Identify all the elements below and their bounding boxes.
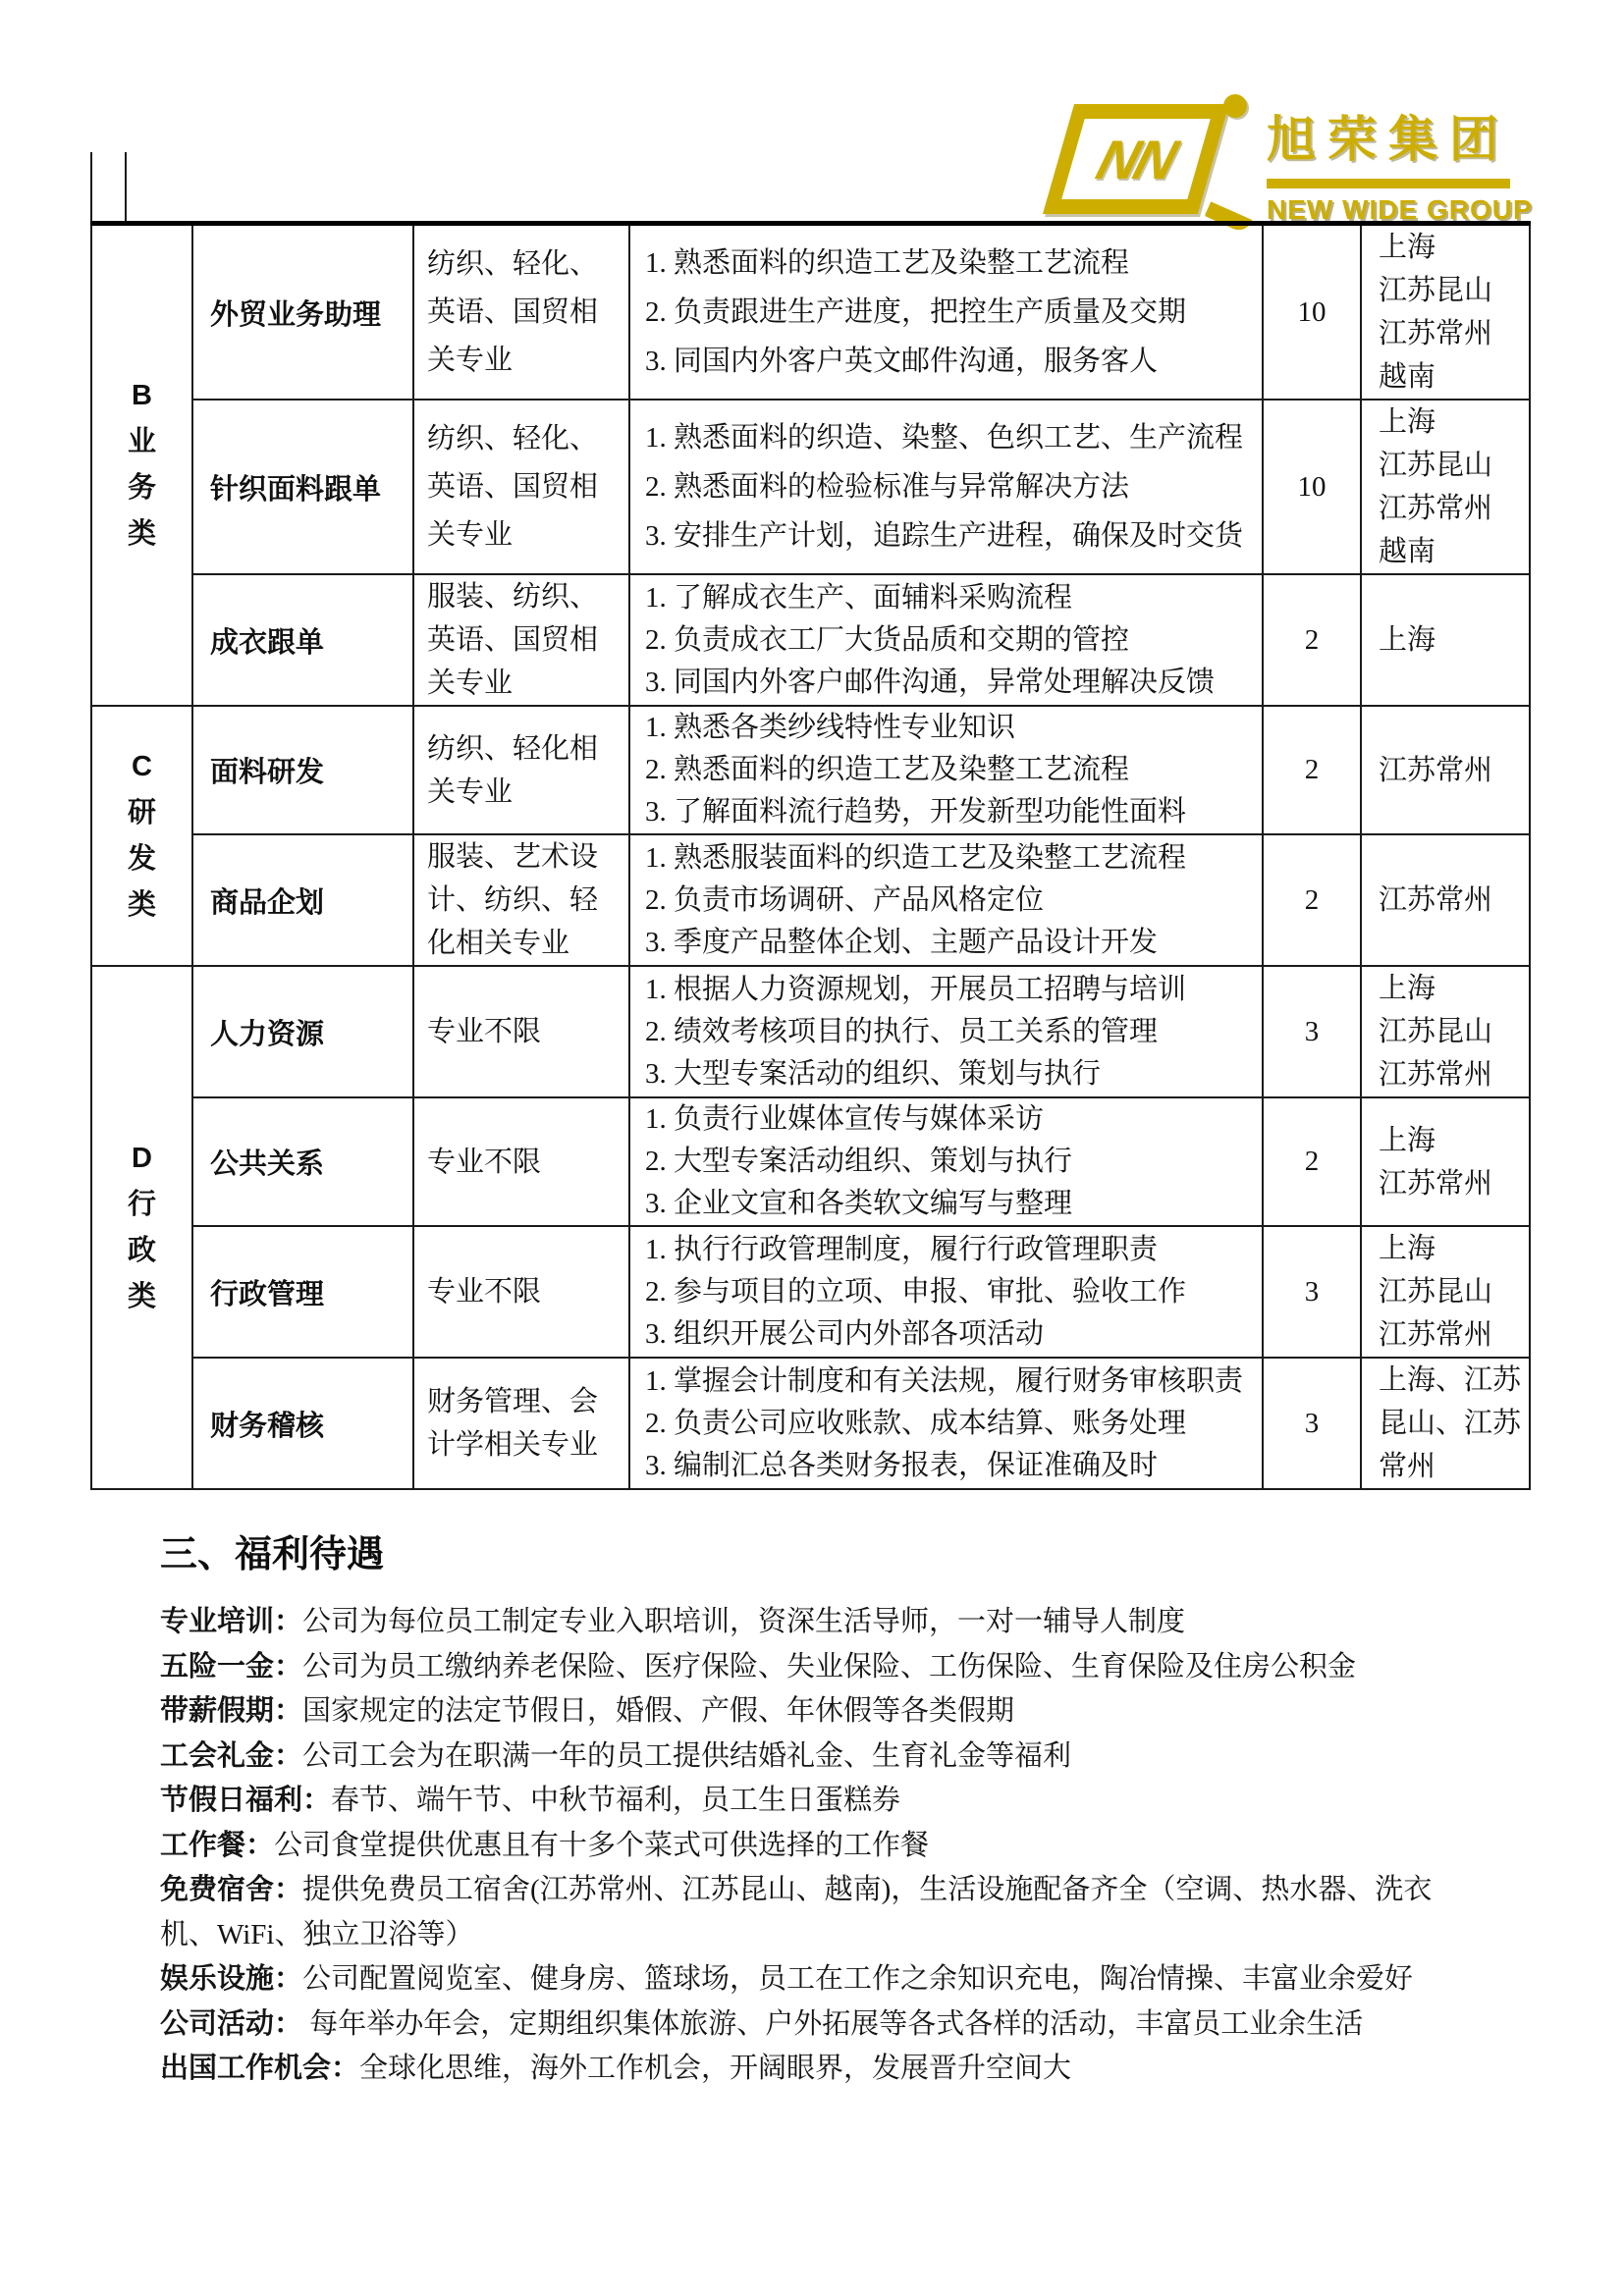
- duties-cell: 1. 熟悉服装面料的织造工艺及染整工艺流程 2. 负责市场调研、产品风格定位 3…: [629, 834, 1263, 966]
- welfare-item-recreation: 娱乐设施：公司配置阅览室、健身房、篮球场，员工在工作之余知识充电，陶冶情操、丰富…: [160, 1957, 1436, 2002]
- location-cell: 上海、江苏 昆山、江苏 常州: [1361, 1358, 1530, 1489]
- welfare-item-insurance: 五险一金：公司为员工缴纳养老保险、医疗保险、失业保险、工伤保险、生育保险及住房公…: [160, 1645, 1436, 1690]
- duty-line: 2. 绩效考核项目的执行、员工关系的管理: [645, 1011, 1262, 1053]
- duty-line: 2. 负责公司应收账款、成本结算、账务处理: [645, 1403, 1262, 1445]
- table-row: B 业 务 类 外贸业务助理 纺织、轻化、 英语、国贸相 关专业 1. 熟悉面料…: [91, 224, 1530, 400]
- jobs-table: B 业 务 类 外贸业务助理 纺织、轻化、 英语、国贸相 关专业 1. 熟悉面料…: [90, 221, 1531, 1490]
- welfare-section-title: 三、福利待遇: [160, 1523, 384, 1577]
- duty-line: 3. 编制汇总各类财务报表，保证准确及时: [645, 1445, 1262, 1487]
- major-cell: 纺织、轻化相 关专业: [413, 706, 629, 834]
- duties-cell: 1. 熟悉各类纱线特性专业知识 2. 熟悉面料的织造工艺及染整工艺流程 3. 了…: [629, 706, 1263, 834]
- duty-line: 1. 熟悉各类纱线特性专业知识: [645, 707, 1262, 749]
- headcount-cell: 10: [1263, 224, 1361, 400]
- position-cell: 行政管理: [192, 1226, 413, 1358]
- major-cell: 纺织、轻化、 英语、国贸相 关专业: [413, 224, 629, 400]
- headcount-cell: 2: [1263, 706, 1361, 834]
- major-cell: 财务管理、会 计学相关专业: [413, 1358, 629, 1489]
- headcount-cell: 2: [1263, 574, 1361, 706]
- welfare-text: 国家规定的法定节假日，婚假、产假、年休假等各类假期: [302, 1695, 1014, 1727]
- duty-line: 3. 季度产品整体企划、主题产品设计开发: [645, 922, 1262, 964]
- duty-line: 3. 大型专案活动的组织、策划与执行: [645, 1053, 1262, 1095]
- position-cell: 商品企划: [192, 834, 413, 966]
- logo-text-block: 旭荣集团 NEW WIDE GROUP: [1267, 100, 1512, 226]
- table-row: D 行 政 类 人力资源 专业不限 1. 根据人力资源规划，开展员工招聘与培训 …: [91, 966, 1530, 1097]
- duty-line: 2. 参与项目的立项、申报、审批、验收工作: [645, 1271, 1262, 1313]
- duty-line: 1. 掌握会计制度和有关法规，履行财务审核职责: [645, 1361, 1262, 1403]
- category-cell-c: C 研 发 类: [91, 706, 192, 966]
- duty-line: 2. 负责跟进生产进度，把控生产质量及交期: [645, 288, 1262, 337]
- location-cell: 上海: [1361, 574, 1530, 706]
- duty-line: 1. 熟悉面料的织造工艺及染整工艺流程: [645, 239, 1262, 288]
- welfare-text: 春节、端午节、中秋节福利，员工生日蛋糕券: [331, 1785, 900, 1816]
- duty-line: 3. 同国内外客户英文邮件沟通，服务客人: [645, 337, 1262, 386]
- position-cell: 成衣跟单: [192, 574, 413, 706]
- welfare-item-training: 专业培训：公司为每位员工制定专业入职培训，资深生活导师，一对一辅导人制度: [160, 1600, 1436, 1645]
- duty-line: 3. 安排生产计划，追踪生产进程，确保及时交货: [645, 511, 1262, 561]
- duties-cell: 1. 熟悉面料的织造、染整、色织工艺、生产流程 2. 熟悉面料的检验标准与异常解…: [629, 400, 1263, 574]
- headcount-cell: 10: [1263, 400, 1361, 574]
- duty-line: 1. 了解成衣生产、面辅料采购流程: [645, 577, 1262, 619]
- welfare-label: 免费宿舍：: [160, 1874, 302, 1905]
- position-cell: 外贸业务助理: [192, 224, 413, 400]
- duty-line: 2. 负责成衣工厂大货品质和交期的管控: [645, 619, 1262, 662]
- major-cell: 专业不限: [413, 1226, 629, 1358]
- table-row: 行政管理 专业不限 1. 执行行政管理制度，履行行政管理职责 2. 参与项目的立…: [91, 1226, 1530, 1358]
- category-cell-d: D 行 政 类: [91, 966, 192, 1489]
- welfare-text: 每年举办年会，定期组织集体旅游、户外拓展等各式各样的活动，丰富员工业余生活: [302, 2008, 1363, 2040]
- table-continuation-stub: [125, 152, 127, 221]
- duties-cell: 1. 执行行政管理制度，履行行政管理职责 2. 参与项目的立项、申报、审批、验收…: [629, 1226, 1263, 1358]
- welfare-item-overseas-work: 出国工作机会：全球化思维，海外工作机会，开阔眼界，发展晋升空间大: [160, 2047, 1436, 2092]
- welfare-text: 提供免费员工宿舍(江苏常州、江苏昆山、越南)，生活设施配备齐全（空调、热水器、洗…: [160, 1874, 1432, 1950]
- position-cell: 财务稽核: [192, 1358, 413, 1489]
- welfare-item-paid-leave: 带薪假期：国家规定的法定节假日，婚假、产假、年休假等各类假期: [160, 1689, 1436, 1735]
- location-cell: 上海 江苏昆山 江苏常州 越南: [1361, 400, 1530, 574]
- table-row: 商品企划 服装、艺术设 计、纺织、轻 化相关专业 1. 熟悉服装面料的织造工艺及…: [91, 834, 1530, 966]
- logo-nn-letters: NN: [1090, 128, 1182, 191]
- duties-cell: 1. 掌握会计制度和有关法规，履行财务审核职责 2. 负责公司应收账款、成本结算…: [629, 1358, 1263, 1489]
- duty-line: 1. 熟悉服装面料的织造工艺及染整工艺流程: [645, 837, 1262, 880]
- welfare-label: 公司活动：: [160, 2008, 302, 2040]
- duties-cell: 1. 根据人力资源规划，开展员工招聘与培训 2. 绩效考核项目的执行、员工关系的…: [629, 966, 1263, 1097]
- duty-line: 3. 了解面料流行趋势，开发新型功能性面料: [645, 791, 1262, 833]
- duty-line: 3. 企业文宣和各类软文编写与整理: [645, 1183, 1262, 1225]
- duty-line: 2. 熟悉面料的织造工艺及染整工艺流程: [645, 749, 1262, 791]
- major-cell: 纺织、轻化、 英语、国贸相 关专业: [413, 400, 629, 574]
- location-cell: 江苏常州: [1361, 834, 1530, 966]
- welfare-label: 工会礼金：: [160, 1740, 302, 1772]
- headcount-cell: 2: [1263, 834, 1361, 966]
- welfare-label: 出国工作机会：: [160, 2053, 359, 2084]
- welfare-text: 公司配置阅览室、健身房、篮球场，员工在工作之余知识充电，陶冶情操、丰富业余爱好: [302, 1963, 1413, 1995]
- location-cell: 江苏常州: [1361, 706, 1530, 834]
- welfare-text: 公司工会为在职满一年的员工提供结婚礼金、生育礼金等福利: [302, 1740, 1071, 1772]
- welfare-text: 公司为员工缴纳养老保险、医疗保险、失业保险、工伤保险、生育保险及住房公积金: [302, 1651, 1356, 1682]
- position-cell: 人力资源: [192, 966, 413, 1097]
- logo-dot-icon: [1223, 94, 1247, 118]
- welfare-item-union-gift: 工会礼金：公司工会为在职满一年的员工提供结婚礼金、生育礼金等福利: [160, 1735, 1436, 1780]
- position-cell: 公共关系: [192, 1097, 413, 1226]
- welfare-label: 节假日福利：: [160, 1785, 331, 1816]
- welfare-item-company-events: 公司活动： 每年举办年会，定期组织集体旅游、户外拓展等各式各样的活动，丰富员工业…: [160, 2002, 1436, 2048]
- welfare-text: 公司食堂提供优惠且有十多个菜式可供选择的工作餐: [274, 1830, 929, 1861]
- location-cell: 上海 江苏昆山 江苏常州: [1361, 1226, 1530, 1358]
- position-cell: 面料研发: [192, 706, 413, 834]
- duty-line: 3. 组织开展公司内外部各项活动: [645, 1313, 1262, 1356]
- welfare-label: 五险一金：: [160, 1651, 302, 1682]
- welfare-label: 娱乐设施：: [160, 1963, 302, 1995]
- position-cell: 针织面料跟单: [192, 400, 413, 574]
- headcount-cell: 2: [1263, 1097, 1361, 1226]
- duty-line: 3. 同国内外客户邮件沟通，异常处理解决反馈: [645, 662, 1262, 704]
- duty-line: 1. 熟悉面料的织造、染整、色织工艺、生产流程: [645, 413, 1262, 462]
- table-row: 成衣跟单 服装、纺织、 英语、国贸相 关专业 1. 了解成衣生产、面辅料采购流程…: [91, 574, 1530, 706]
- welfare-text: 公司为每位员工制定专业入职培训，资深生活导师，一对一辅导人制度: [302, 1606, 1185, 1637]
- headcount-cell: 3: [1263, 1226, 1361, 1358]
- welfare-item-meals: 工作餐：公司食堂提供优惠且有十多个菜式可供选择的工作餐: [160, 1824, 1436, 1869]
- welfare-label: 专业培训：: [160, 1606, 302, 1637]
- major-cell: 服装、艺术设 计、纺织、轻 化相关专业: [413, 834, 629, 966]
- duties-cell: 1. 负责行业媒体宣传与媒体采访 2. 大型专案活动组织、策划与执行 3. 企业…: [629, 1097, 1263, 1226]
- duty-line: 1. 负责行业媒体宣传与媒体采访: [645, 1098, 1262, 1141]
- headcount-cell: 3: [1263, 966, 1361, 1097]
- duties-cell: 1. 了解成衣生产、面辅料采购流程 2. 负责成衣工厂大货品质和交期的管控 3.…: [629, 574, 1263, 706]
- major-cell: 专业不限: [413, 1097, 629, 1226]
- company-name-cn: 旭荣集团: [1267, 100, 1510, 188]
- logo-frame-icon: NN: [1043, 104, 1229, 214]
- duty-line: 1. 根据人力资源规划，开展员工招聘与培训: [645, 969, 1262, 1011]
- welfare-item-dormitory: 免费宿舍：提供免费员工宿舍(江苏常州、江苏昆山、越南)，生活设施配备齐全（空调、…: [160, 1868, 1436, 1957]
- welfare-text: 全球化思维，海外工作机会，开阔眼界，发展晋升空间大: [359, 2053, 1071, 2084]
- table-row: C 研 发 类 面料研发 纺织、轻化相 关专业 1. 熟悉各类纱线特性专业知识 …: [91, 706, 1530, 834]
- major-cell: 专业不限: [413, 966, 629, 1097]
- welfare-label: 带薪假期：: [160, 1695, 302, 1727]
- table-continuation-stub: [90, 152, 92, 221]
- duties-cell: 1. 熟悉面料的织造工艺及染整工艺流程 2. 负责跟进生产进度，把控生产质量及交…: [629, 224, 1263, 400]
- welfare-item-holiday-gift: 节假日福利：春节、端午节、中秋节福利，员工生日蛋糕券: [160, 1779, 1436, 1824]
- headcount-cell: 3: [1263, 1358, 1361, 1489]
- duty-line: 2. 熟悉面料的检验标准与异常解决方法: [645, 462, 1262, 511]
- location-cell: 上海 江苏昆山 江苏常州: [1361, 966, 1530, 1097]
- welfare-label: 工作餐：: [160, 1830, 274, 1861]
- table-row: 财务稽核 财务管理、会 计学相关专业 1. 掌握会计制度和有关法规，履行财务审核…: [91, 1358, 1530, 1489]
- major-cell: 服装、纺织、 英语、国贸相 关专业: [413, 574, 629, 706]
- duty-line: 1. 执行行政管理制度，履行行政管理职责: [645, 1229, 1262, 1271]
- table-row: 公共关系 专业不限 1. 负责行业媒体宣传与媒体采访 2. 大型专案活动组织、策…: [91, 1097, 1530, 1226]
- table-row: 针织面料跟单 纺织、轻化、 英语、国贸相 关专业 1. 熟悉面料的织造、染整、色…: [91, 400, 1530, 574]
- category-cell-b: B 业 务 类: [91, 224, 192, 707]
- duty-line: 2. 大型专案活动组织、策划与执行: [645, 1141, 1262, 1183]
- location-cell: 上海 江苏昆山 江苏常州 越南: [1361, 224, 1530, 400]
- welfare-list: 专业培训：公司为每位员工制定专业入职培训，资深生活导师，一对一辅导人制度 五险一…: [160, 1600, 1436, 2092]
- duty-line: 2. 负责市场调研、产品风格定位: [645, 880, 1262, 922]
- document-page: NN 旭荣集团 NEW WIDE GROUP B 业 务 类 外贸业务助理 纺织…: [0, 0, 1624, 2296]
- location-cell: 上海 江苏常州: [1361, 1097, 1530, 1226]
